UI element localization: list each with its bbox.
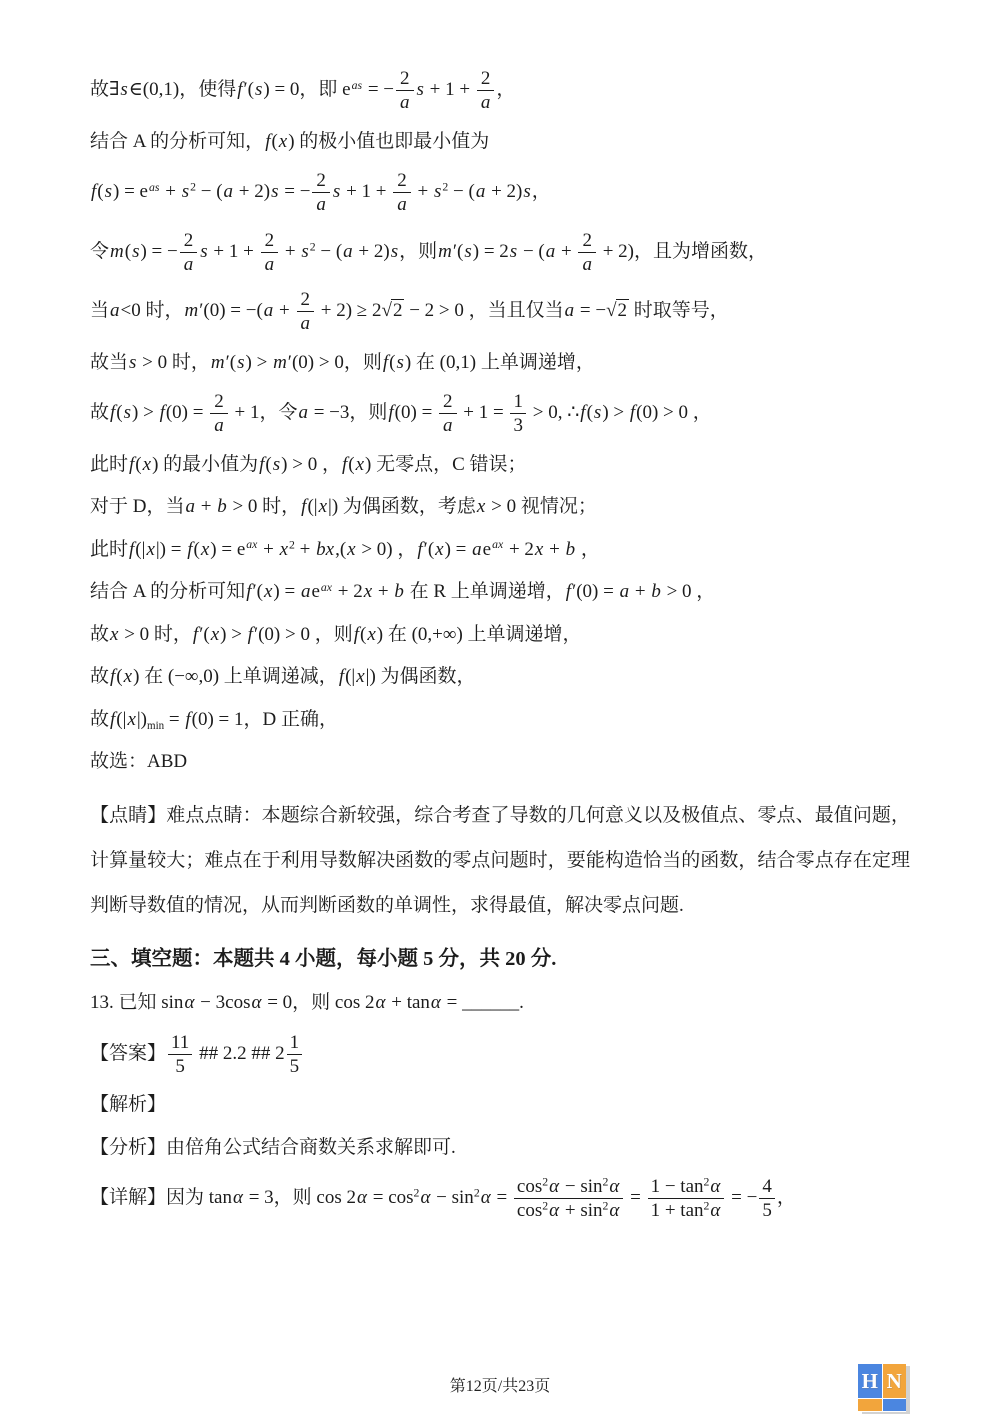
logo-quadrant-top-left: H <box>858 1364 882 1398</box>
solution-answer-choice: 故选：ABD <box>90 748 910 777</box>
analysis-label-line: 【解析】 <box>90 1091 910 1120</box>
logo-quadrant-bottom-left <box>858 1399 882 1411</box>
detail-math: 因为 tanα = 3，则 cos 2α = cos2α − sin2α = c… <box>166 1187 796 1208</box>
section-heading-fill-in: 三、填空题：本题共 4 小题，每小题 5 分，共 20 分. <box>90 944 910 975</box>
solution-line-14: 故f(|x|)min = f(0) = 1，D 正确， <box>90 706 910 735</box>
solution-line-5: 当a<0 时，m′(0) = −(a + 2a + 2) ≥ 2√2 − 2 >… <box>90 289 910 335</box>
remark-text: 难点点睛：本题综合新较强，综合考查了导数的几何意义以及极值点、零点、最值问题，计… <box>90 805 910 916</box>
solution-line-8: 此时f(x) 的最小值为f(s) > 0 ，f(x) 无零点，C 错误； <box>90 451 910 480</box>
question-13-stem: 13. 已知 sinα − 3cosα = 0，则 cos 2α + tanα … <box>90 989 910 1018</box>
detail-line: 【详解】因为 tanα = 3，则 cos 2α = cos2α − sin2α… <box>90 1176 910 1222</box>
document-page: 故∃s∈(0,1)，使得f′(s) = 0，即 eas = −2as + 1 +… <box>0 0 1000 1414</box>
logo-letter-n: N <box>887 1371 902 1392</box>
solution-line-9: 对于 D，当a + b > 0 时，f(|x|) 为偶函数，考虑x > 0 视情… <box>90 493 910 522</box>
page-content: 故∃s∈(0,1)，使得f′(s) = 0，即 eas = −2as + 1 +… <box>0 0 1000 1222</box>
solution-line-7: 故f(s) > f(0) = 2a + 1，令a = −3，则f(0) = 2a… <box>90 391 910 437</box>
solution-line-6: 故当s > 0 时，m′(s) > m′(0) > 0，则f(s) 在 (0,1… <box>90 349 910 378</box>
method-text: 由倍角公式结合商数关系求解即可. <box>166 1137 456 1158</box>
solution-line-3: f(s) = eas + s2 − (a + 2)s = −2as + 1 + … <box>90 170 910 216</box>
solution-line-12: 故x > 0 时，f′(x) > f′(0) > 0 ，则f(x) 在 (0,+… <box>90 621 910 650</box>
remark-label: 【点睛】 <box>90 805 166 826</box>
remark-paragraph: 【点睛】难点点睛：本题综合新较强，综合考查了导数的几何意义以及极值点、零点、最值… <box>90 793 910 929</box>
solution-line-2: 结合 A 的分析可知，f(x) 的极小值也即最小值为 <box>90 128 910 157</box>
method-line: 【分析】由倍角公式结合商数关系求解即可. <box>90 1134 910 1163</box>
hn-logo: H N <box>858 1364 906 1412</box>
solution-line-13: 故f(x) 在 (−∞,0) 上单调递减，f(|x|) 为偶函数， <box>90 663 910 692</box>
method-label: 【分析】 <box>90 1137 166 1158</box>
logo-quadrant-bottom-right <box>883 1399 907 1411</box>
page-footer: 第12页/共23页 <box>0 1373 1000 1396</box>
solution-line-11: 结合 A 的分析可知f′(x) = aeax + 2x + b 在 R 上单调递… <box>90 578 910 607</box>
solution-line-4: 令m(s) = −2as + 1 + 2a + s2 − (a + 2)s，则m… <box>90 230 910 276</box>
logo-quadrant-top-right: N <box>883 1364 907 1398</box>
answer-value: 115 ## 2.2 ## 215 <box>166 1043 304 1064</box>
analysis-label: 【解析】 <box>90 1094 166 1115</box>
solution-line-10: 此时f(|x|) = f(x) = eax + x2 + bx,(x > 0) … <box>90 536 910 565</box>
solution-line-1: 故∃s∈(0,1)，使得f′(s) = 0，即 eas = −2as + 1 +… <box>90 68 910 114</box>
answer-label: 【答案】 <box>90 1043 166 1064</box>
detail-label: 【详解】 <box>90 1187 166 1208</box>
logo-letter-h: H <box>862 1371 878 1392</box>
question-13-answer-line: 【答案】115 ## 2.2 ## 215 <box>90 1032 910 1078</box>
